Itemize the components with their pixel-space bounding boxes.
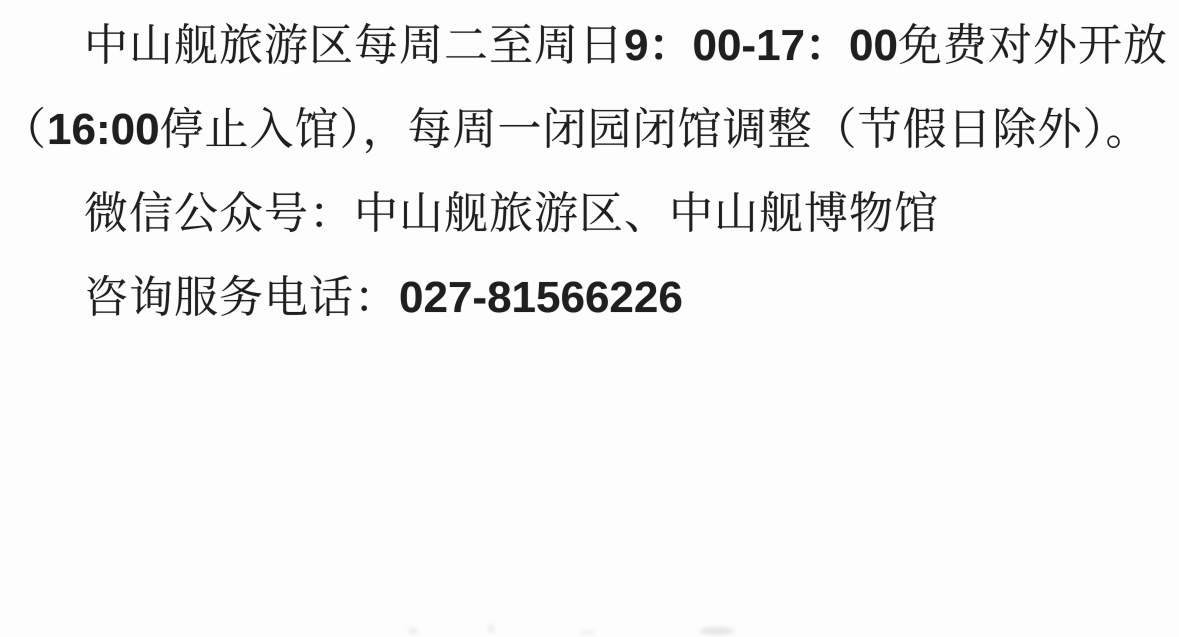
scan-artifact xyxy=(580,630,594,635)
scanned-document-page: 中山舰旅游区每周二至周日9：00-17：00免费对外开放 （16:00停止入馆）… xyxy=(2,4,1165,340)
opening-hours-line-2: （16:00停止入馆），每周一闭园闭馆调整（节假日除外）。 xyxy=(2,88,1165,172)
scan-artifact xyxy=(700,627,734,635)
wechat-account-text: 微信公众号：中山舰旅游区、中山舰博物馆 xyxy=(84,189,939,238)
opening-hours-line-1: 中山舰旅游区每周二至周日9：00-17：00免费对外开放 xyxy=(2,4,1165,88)
last-entry-time: 16:00 xyxy=(47,105,160,154)
opening-hours-text-before: 中山舰旅游区每周二至周日 xyxy=(84,21,624,70)
wechat-account-line: 微信公众号：中山舰旅游区、中山舰博物馆 xyxy=(2,172,1165,256)
service-phone-number: 027-81566226 xyxy=(399,273,683,322)
last-entry-open-paren: （ xyxy=(2,105,47,154)
closure-schedule-text: 停止入馆），每周一闭园闭馆调整（节假日除外）。 xyxy=(160,105,1151,154)
service-phone-label: 咨询服务电话： xyxy=(84,273,399,322)
opening-hours-time-range: 9：00-17：00 xyxy=(624,21,898,70)
opening-hours-text-after: 免费对外开放 xyxy=(898,21,1168,70)
scan-artifact xyxy=(408,628,418,634)
scan-artifact xyxy=(488,624,494,633)
service-phone-line: 咨询服务电话：027-81566226 xyxy=(2,256,1165,340)
